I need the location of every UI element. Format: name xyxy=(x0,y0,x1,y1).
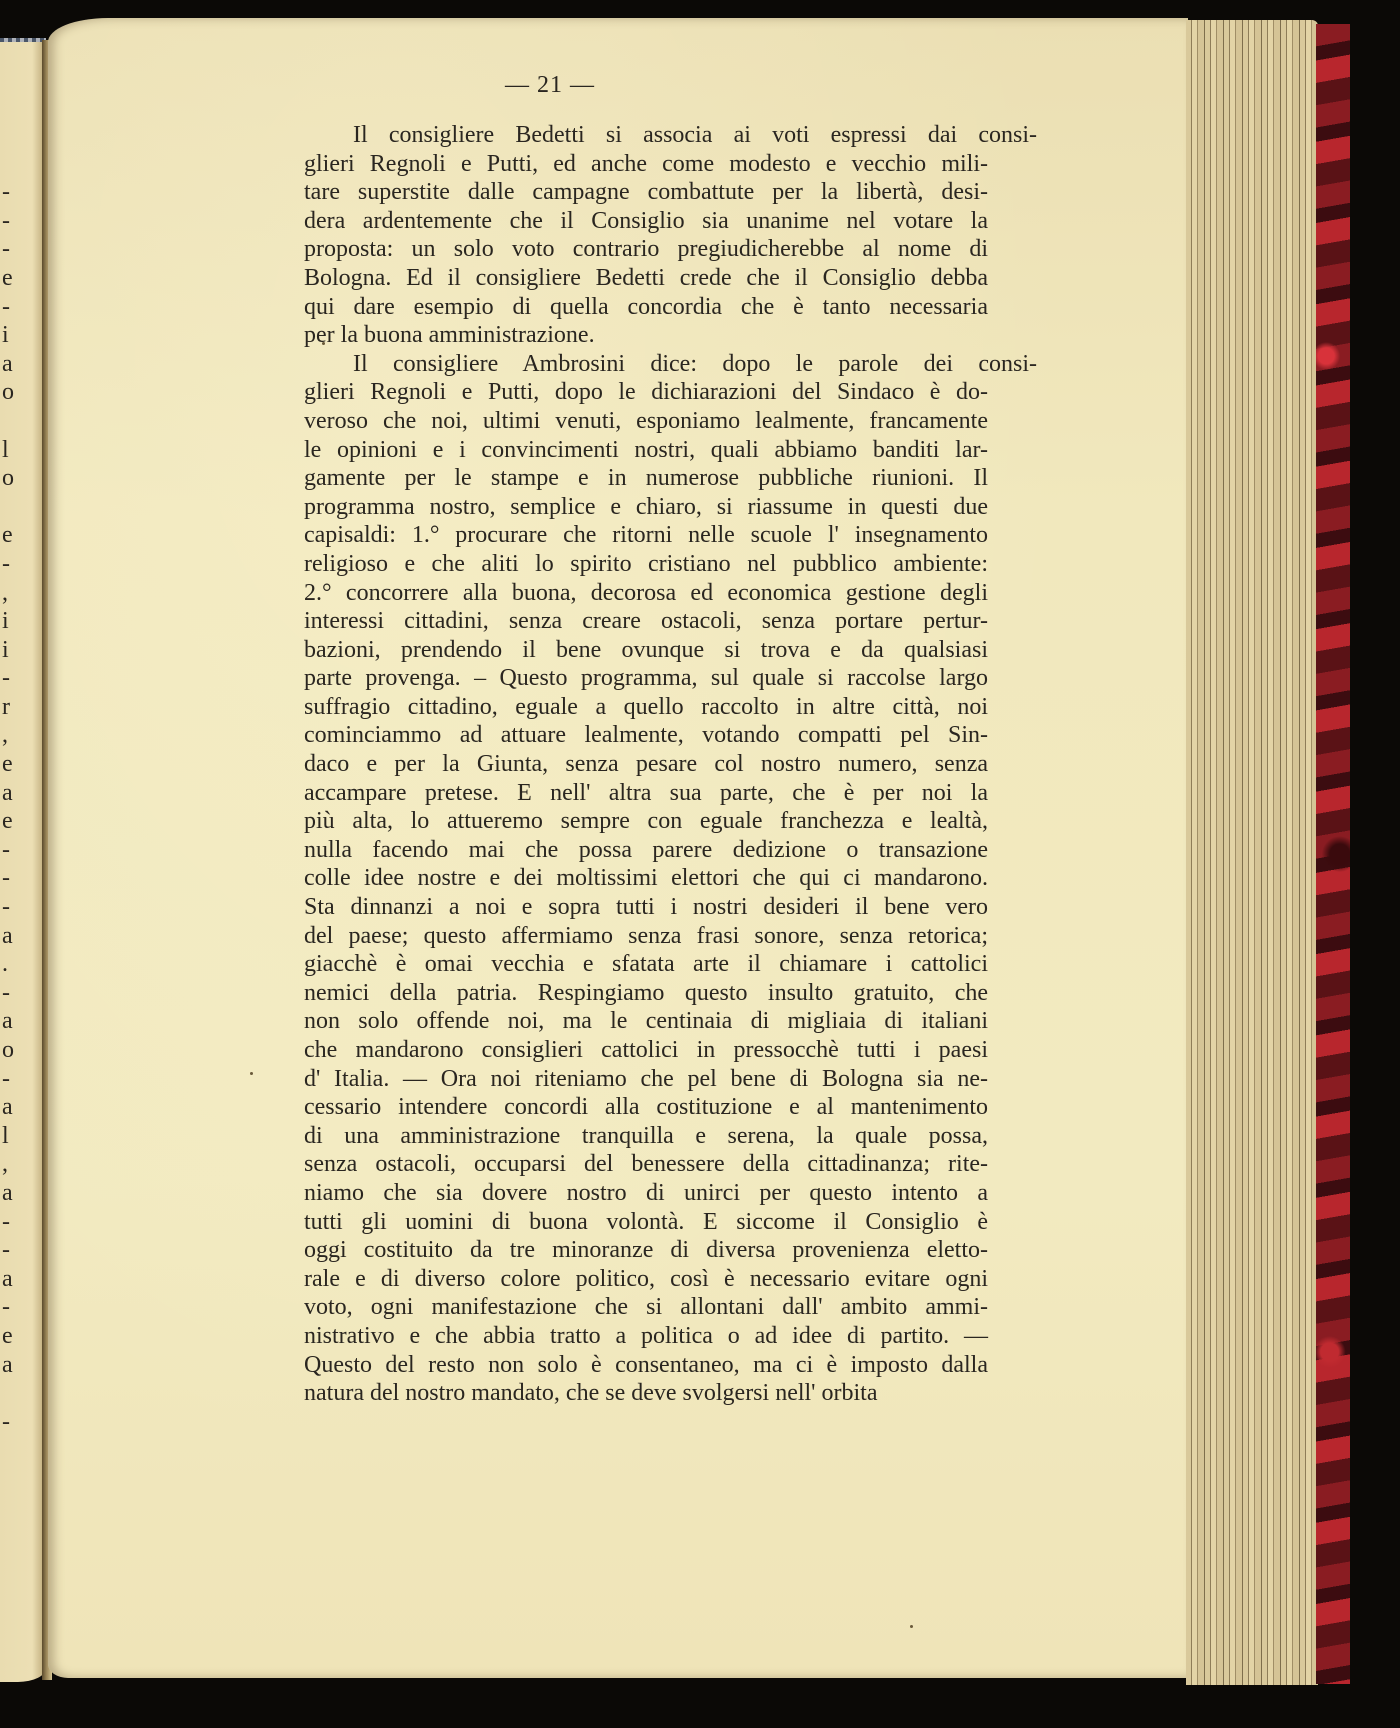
text-line: che mandarono consiglieri cattolici in p… xyxy=(304,1036,988,1065)
text-line: religioso e che aliti lo spirito cristia… xyxy=(304,550,988,579)
text-line: cessario intendere concordi alla costitu… xyxy=(304,1093,988,1122)
text-line: d' Italia. — Ora noi riteniamo che pel b… xyxy=(304,1065,988,1094)
previous-page-fragment: , xyxy=(2,721,24,750)
text-line: qui dare esempio di quella concordia che… xyxy=(304,293,988,322)
text-line: glieri Regnoli e Putti, dopo le dichiara… xyxy=(304,378,988,407)
page-stack-edges xyxy=(1186,20,1318,1685)
previous-page-fragment: i xyxy=(2,636,24,665)
text-line: gamente per le stampe e in numerose pubb… xyxy=(304,464,988,493)
paper-speck xyxy=(910,1625,913,1628)
previous-page-fragment: l xyxy=(2,436,24,465)
previous-page-fragment: - xyxy=(2,178,24,207)
previous-page-fragment: - xyxy=(2,1236,24,1265)
text-line: giacchè è omai vecchia e sfatata arte il… xyxy=(304,950,988,979)
previous-page-fragment: , xyxy=(2,579,24,608)
text-line: parte provenga. – Questo programma, sul … xyxy=(304,664,988,693)
body-text: Il consigliere Bedetti si associa ai vot… xyxy=(304,121,988,1408)
text-line: più alta, lo attueremo sempre con eguale… xyxy=(304,807,988,836)
previous-page-fragment: a xyxy=(2,1351,24,1380)
text-line: del paese; questo affermiamo senza frasi… xyxy=(304,922,988,951)
text-line: voto, ogni manifestazione che si allonta… xyxy=(304,1293,988,1322)
previous-page-fragment: e xyxy=(2,264,24,293)
text-line: oggi costituito da tre minoranze di dive… xyxy=(304,1236,988,1265)
previous-page-fragment: a xyxy=(2,1179,24,1208)
text-line: Questo del resto non solo è consentaneo,… xyxy=(304,1351,988,1380)
previous-page-fragment: - xyxy=(2,864,24,893)
text-line: accampare pretese. E nell' altra sua par… xyxy=(304,779,988,808)
previous-page-fragment: , xyxy=(2,1150,24,1179)
paper-speck xyxy=(250,1072,253,1075)
text-line: cominciammo ad attuare lealmente, votand… xyxy=(304,721,988,750)
previous-page-fragment: - xyxy=(2,664,24,693)
previous-page-fragment: a xyxy=(2,1265,24,1294)
previous-page-fragment: . xyxy=(2,950,24,979)
previous-page-fragment: i xyxy=(2,321,24,350)
previous-page-fragment: a xyxy=(2,350,24,379)
previous-page-fragment: - xyxy=(2,293,24,322)
previous-page-fragment: - xyxy=(2,1408,24,1437)
previous-page-fragment: e xyxy=(2,1322,24,1351)
text-line: Bologna. Ed il consigliere Bedetti crede… xyxy=(304,264,988,293)
text-line: daco e per la Giunta, senza pesare col n… xyxy=(304,750,988,779)
text-line: glieri Regnoli e Putti, ed anche come mo… xyxy=(304,150,988,179)
text-line: capisaldi: 1.° procurare che ritorni nel… xyxy=(304,521,988,550)
text-line: nemici della patria. Respingiamo questo … xyxy=(304,979,988,1008)
previous-page-fragment: a xyxy=(2,922,24,951)
text-line: bazioni, prendendo il bene ovunque si tr… xyxy=(304,636,988,665)
text-line: Il consigliere Ambrosini dice: dopo le p… xyxy=(304,350,1037,379)
previous-page-fragment: a xyxy=(2,1007,24,1036)
text-line: nulla facendo mai che possa parere dediz… xyxy=(304,836,988,865)
text-line: natura del nostro mandato, che se deve s… xyxy=(304,1379,988,1408)
previous-page-fragment: - xyxy=(2,1065,24,1094)
text-line: suffragio cittadino, eguale a quello rac… xyxy=(304,693,988,722)
previous-page-fragment: i xyxy=(2,607,24,636)
previous-page-fragment: o xyxy=(2,378,24,407)
text-line: 2.° concorrere alla buona, decorosa ed e… xyxy=(304,579,988,608)
text-line: tare superstite dalle campagne combattut… xyxy=(304,178,988,207)
text-line: colle idee nostre e dei moltissimi elett… xyxy=(304,864,988,893)
text-line: rale e di diverso colore politico, così … xyxy=(304,1265,988,1294)
paper-speck xyxy=(322,342,325,345)
text-line: senza ostacoli, occuparsi del benessere … xyxy=(304,1150,988,1179)
marbled-red-cover xyxy=(1316,24,1350,1684)
previous-page-fragment xyxy=(2,1379,24,1408)
previous-page-fragment: e xyxy=(2,750,24,779)
previous-page-fragment: a xyxy=(2,1093,24,1122)
previous-page-fragment: - xyxy=(2,836,24,865)
text-line: Sta dinnanzi a noi e sopra tutti i nostr… xyxy=(304,893,988,922)
previous-page-fragment: - xyxy=(2,207,24,236)
previous-page-fragment: e xyxy=(2,521,24,550)
text-line: dera ardentemente che il Consiglio sia u… xyxy=(304,207,988,236)
page-number: — 21 — xyxy=(470,72,630,99)
previous-page-fragment: - xyxy=(2,1208,24,1237)
previous-page-fragment: - xyxy=(2,1293,24,1322)
previous-page-fragment: - xyxy=(2,893,24,922)
previous-page-fragment: - xyxy=(2,979,24,1008)
text-line: nistrativo e che abbia tratto a politica… xyxy=(304,1322,988,1351)
previous-page-fragment: r xyxy=(2,693,24,722)
previous-page-fragment: - xyxy=(2,550,24,579)
previous-page-fragment: - xyxy=(2,235,24,264)
text-line: proposta: un solo voto contrario pregiud… xyxy=(304,235,988,264)
previous-page-fragment xyxy=(2,493,24,522)
previous-page-fragment: e xyxy=(2,807,24,836)
text-line: interessi cittadini, senza creare ostaco… xyxy=(304,607,988,636)
previous-page-fragment: o xyxy=(2,1036,24,1065)
text-line: le opinioni e i convincimenti nostri, qu… xyxy=(304,436,988,465)
previous-page-fragment: a xyxy=(2,779,24,808)
text-line: Il consigliere Bedetti si associa ai vot… xyxy=(304,121,1037,150)
previous-page-fragment: l xyxy=(2,1122,24,1151)
text-line: per la buona amministrazione. xyxy=(304,321,988,350)
text-line: di una amministrazione tranquilla e sere… xyxy=(304,1122,988,1151)
previous-page-line-endings: ---e-iaoloe-,ii-r,eae---a.-ao-al,a--a-ea… xyxy=(2,178,24,1436)
text-line: non solo offende noi, ma le centinaia di… xyxy=(304,1007,988,1036)
previous-page-fragment xyxy=(2,407,24,436)
text-line: tutti gli uomini di buona volontà. E sic… xyxy=(304,1208,988,1237)
previous-page-edge: ---e-iaoloe-,ii-r,eae---a.-ao-al,a--a-ea… xyxy=(0,42,46,1682)
text-line: programma nostro, semplice e chiaro, si … xyxy=(304,493,988,522)
text-line: niamo che sia dovere nostro di unirci pe… xyxy=(304,1179,988,1208)
previous-page-fragment: o xyxy=(2,464,24,493)
text-line: veroso che noi, ultimi venuti, esponiamo… xyxy=(304,407,988,436)
